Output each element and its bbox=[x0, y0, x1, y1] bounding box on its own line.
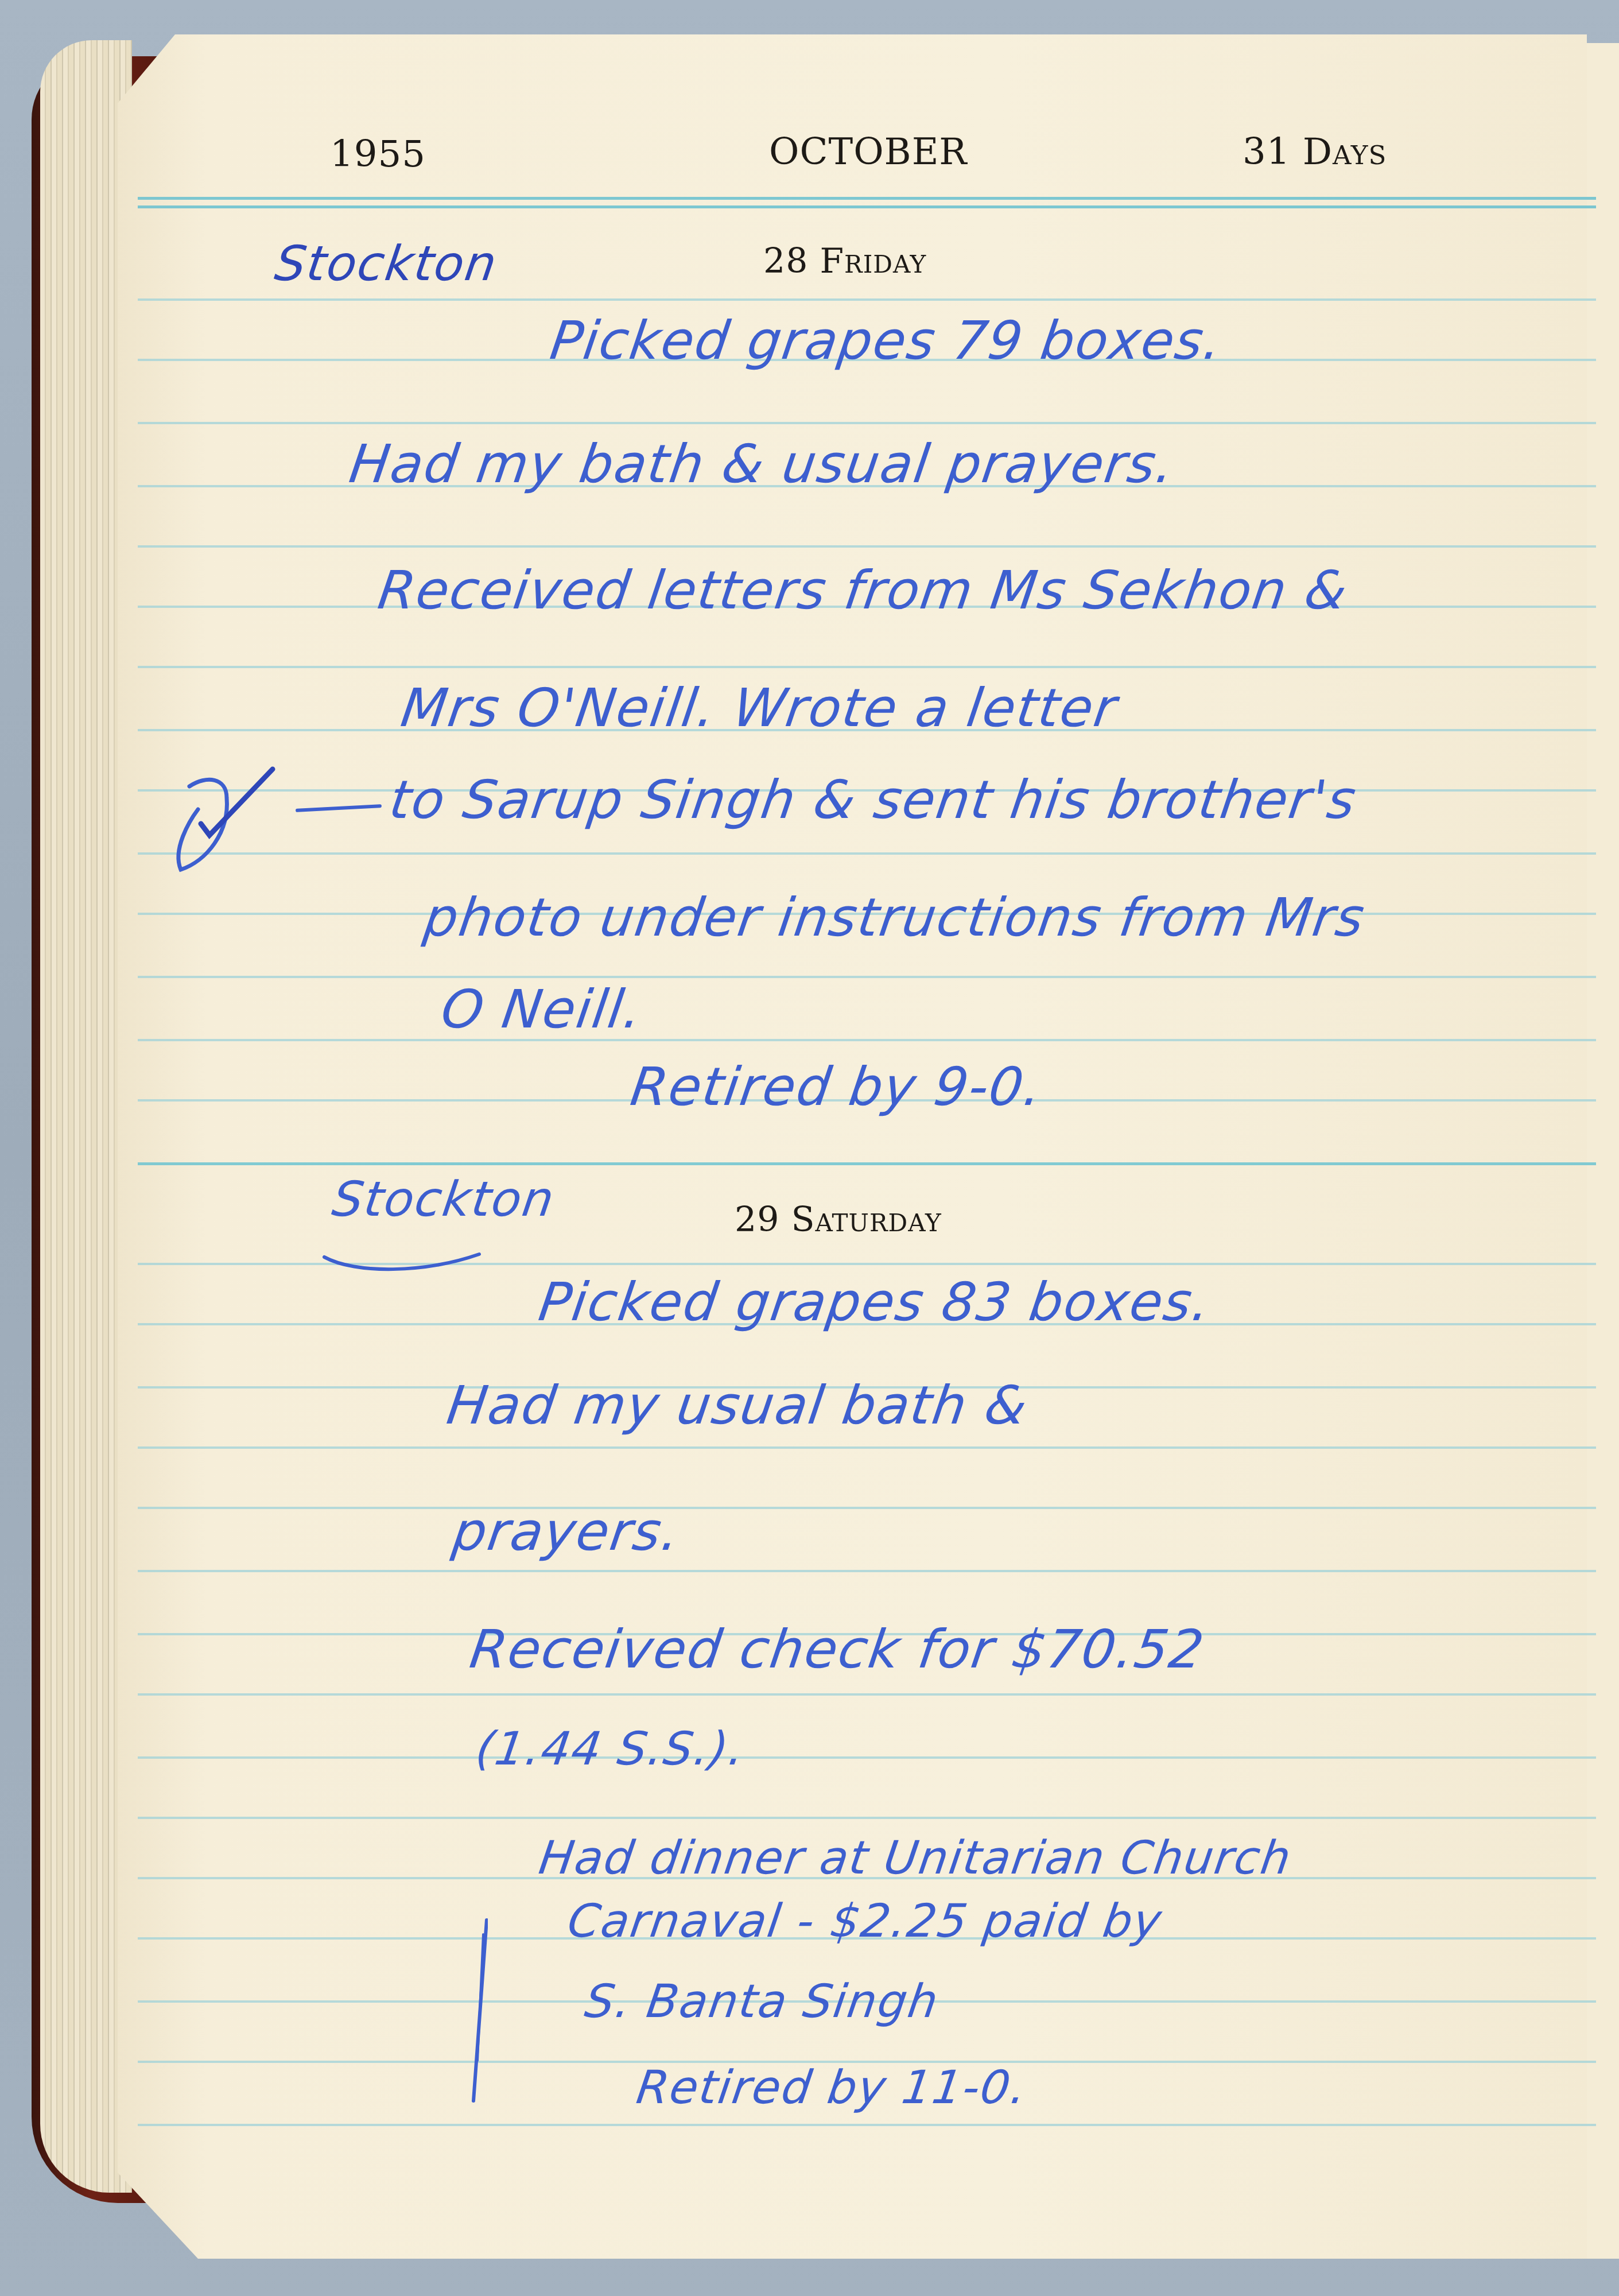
entry-line: to Sarup Singh & sent his brother's bbox=[386, 769, 1360, 831]
ruled-line bbox=[138, 852, 1596, 855]
header-rule-top bbox=[138, 197, 1596, 200]
ruled-line bbox=[138, 1507, 1596, 1509]
entry-line: (1.44 S.S.). bbox=[472, 1722, 748, 1775]
margin-vertical-mark bbox=[471, 1917, 488, 2107]
ruled-line bbox=[138, 1756, 1596, 1759]
ruled-line bbox=[138, 298, 1596, 301]
day-heading: 28 Friday bbox=[763, 241, 926, 281]
entry-location: Stockton bbox=[271, 235, 501, 292]
ruled-line bbox=[138, 1693, 1596, 1696]
day-divider-rule bbox=[138, 1162, 1596, 1165]
ruled-line bbox=[138, 976, 1596, 978]
entry-line: Retired by 11-0. bbox=[633, 2061, 1030, 2114]
ruled-line bbox=[138, 1817, 1596, 1819]
header-days-count: 31 Days bbox=[1243, 131, 1387, 173]
entry-line: Received letters from Ms Sekhon & bbox=[374, 560, 1352, 621]
header-year: 1955 bbox=[330, 133, 426, 176]
entry-line: Had my bath & usual prayers. bbox=[345, 433, 1178, 495]
day-heading: 29 Saturday bbox=[735, 1200, 942, 1240]
entry-line: Retired by 9-0. bbox=[627, 1056, 1046, 1118]
entry-line: Mrs O'Neill. Wrote a letter bbox=[397, 677, 1121, 739]
entry-line: Picked grapes 79 boxes. bbox=[546, 310, 1226, 371]
header-month: OCTOBER bbox=[769, 131, 968, 173]
ruled-line bbox=[138, 666, 1596, 668]
ruled-line bbox=[138, 1570, 1596, 1572]
ruled-line bbox=[138, 2124, 1596, 2126]
ruled-line bbox=[138, 422, 1596, 424]
header-rule-bottom bbox=[138, 205, 1596, 208]
ruled-line bbox=[138, 545, 1596, 548]
location-underline bbox=[321, 1251, 482, 1274]
entry-line: prayers. bbox=[449, 1501, 684, 1562]
entry-line: photo under instructions from Mrs bbox=[420, 887, 1369, 948]
entry-line: O Neill. bbox=[437, 979, 646, 1040]
entry-line: Carnaval - $2.25 paid by bbox=[564, 1894, 1166, 1948]
circled-check-icon bbox=[172, 763, 275, 890]
entry-line: Had my usual bath & bbox=[443, 1375, 1031, 1436]
entry-line: Had dinner at Unitarian Church bbox=[535, 1831, 1295, 1884]
ruled-line bbox=[138, 1039, 1596, 1041]
entry-line: S. Banta Singh bbox=[581, 1975, 942, 2028]
facing-page-edge bbox=[1584, 43, 1619, 2259]
entry-location: Stockton bbox=[329, 1171, 558, 1227]
entry-line: Received check for $70.52 bbox=[466, 1619, 1208, 1680]
ruled-line bbox=[138, 1446, 1596, 1449]
entry-line: Picked grapes 83 boxes. bbox=[535, 1271, 1214, 1333]
